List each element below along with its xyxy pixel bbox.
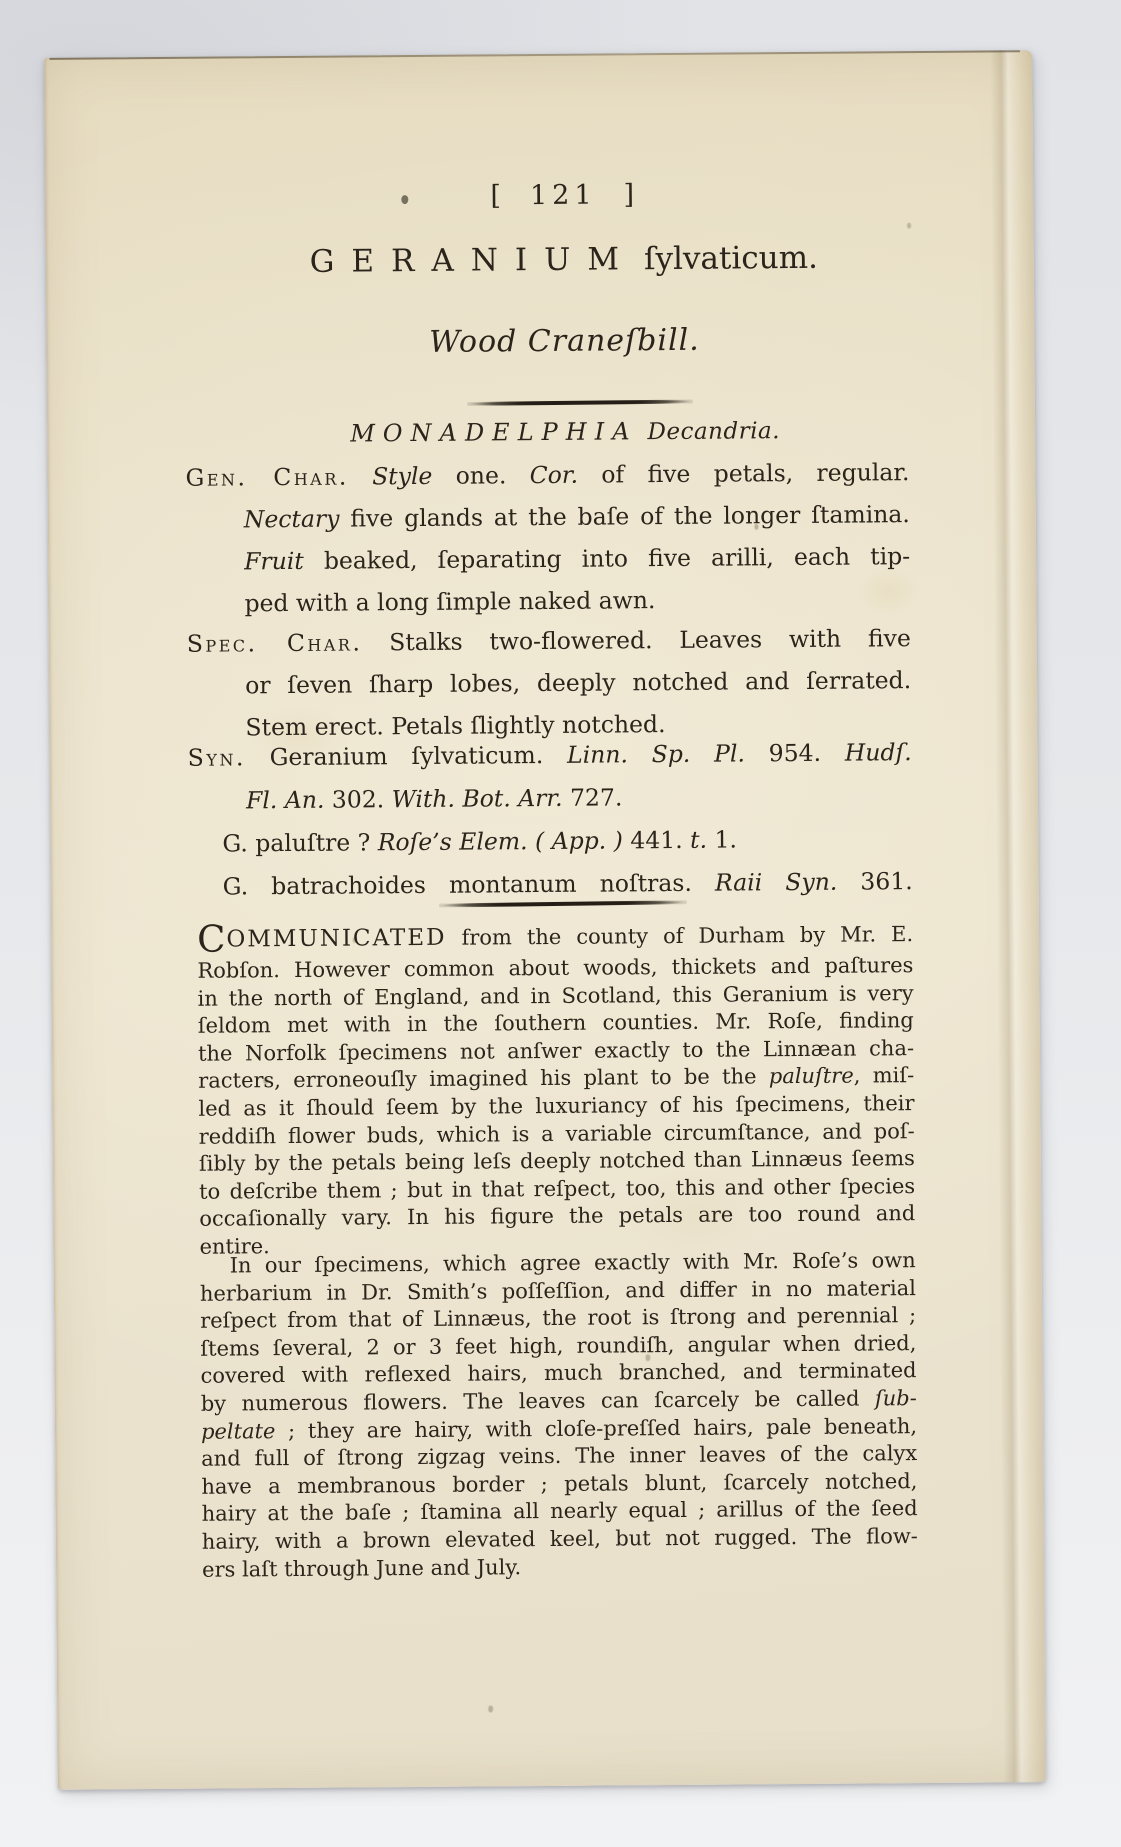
- text-segment: Cor.: [530, 461, 578, 489]
- taxonomy-line: MONADELPHIADecandria.: [185, 415, 945, 449]
- page-number-value: 121: [530, 180, 597, 212]
- text-line: Syn. Geranium ſylvaticum. Linn. Sp. Pl. …: [188, 731, 912, 780]
- bracket-open: [: [490, 180, 503, 211]
- text-segment: one.: [432, 461, 530, 490]
- text-segment: Nectary: [244, 505, 340, 534]
- text-segment: Spec. Char.: [187, 628, 363, 657]
- text-segment: to deſcribe them ; but in that reſpect, …: [199, 1174, 915, 1204]
- body-paragraph-1: COMMUNICATED from the county of Durham b…: [197, 915, 916, 1261]
- text-line: Gen. Char. Style one. Cor. of five petal…: [185, 451, 909, 499]
- text-line: occaſionally vary. In his figure the pet…: [199, 1200, 915, 1233]
- generic-character-section: Gen. Char. Style one. Cor. of five petal…: [185, 451, 910, 625]
- text-segment: 302.: [324, 785, 391, 814]
- taxonomy-class: MONADELPHIA: [350, 417, 637, 447]
- text-segment: Gen. Char.: [185, 463, 348, 492]
- text-segment: Raii Syn.: [715, 868, 838, 897]
- text-segment: C: [197, 918, 227, 961]
- text-segment: ſub-: [875, 1386, 917, 1410]
- text-line: Fl. An. 302. With. Bot. Arr. 727.: [188, 774, 912, 823]
- text-segment: peltate: [201, 1419, 276, 1444]
- text-segment: OMMUNICATED: [226, 925, 446, 953]
- text-segment: led as it ſhould ſeem by the luxuriancy …: [198, 1091, 914, 1121]
- text-segment: Linn. Sp. Pl.: [567, 739, 745, 768]
- text-line: Nectary five glands at the baſe of the l…: [186, 493, 910, 541]
- text-segment: covered with reflexed hairs, much branch…: [200, 1358, 916, 1388]
- species-epithet: ſylvaticum.: [644, 240, 818, 277]
- text-segment: occaſionally vary. In his figure the pet…: [199, 1201, 915, 1231]
- text-segment: [349, 462, 373, 490]
- genus-name: GERANIUM: [310, 241, 637, 280]
- text-segment: 727.: [562, 783, 622, 811]
- text-line: hairy, with a brown elevated keel, but n…: [202, 1523, 918, 1556]
- text-segment: 441.: [623, 826, 690, 855]
- text-segment: or ſeven ſharp lobes, deeply notched and…: [245, 666, 911, 699]
- text-segment: , miſ-: [854, 1063, 915, 1087]
- text-segment: Fl. An.: [246, 786, 325, 815]
- text-segment: ſibly by the petals being leſs deeply no…: [199, 1146, 915, 1176]
- text-segment: 1.: [707, 825, 737, 853]
- text-line: G. paluſtre ? Roſe’s Elem. ( App. ) 441.…: [188, 817, 912, 866]
- text-segment: five glands at the baſe of the longer ſt…: [339, 500, 910, 532]
- separator-rule-top: [467, 399, 693, 406]
- bracket-close: ]: [623, 179, 636, 210]
- text-segment: ſeldom met with in the ſouthern counties…: [198, 1008, 914, 1038]
- text-segment: Robſon. However common about woods, thic…: [197, 953, 913, 983]
- page-number: [121]: [183, 177, 943, 214]
- text-segment: reddiſh flower buds, which is a variable…: [199, 1119, 915, 1149]
- text-segment: hairy, with a brown elevated keel, but n…: [202, 1524, 918, 1554]
- text-segment: In our ſpecimens, which agree exactly wi…: [230, 1248, 916, 1277]
- text-segment: the Norfolk ſpecimens not anſwer exactly…: [198, 1036, 914, 1066]
- species-title: GERANIUMſylvaticum.: [184, 239, 944, 281]
- text-segment: t.: [690, 826, 707, 854]
- text-segment: Hudſ.: [845, 738, 912, 767]
- taxonomy-order: Decandria.: [647, 418, 780, 445]
- photo-backdrop: { "colors": { "ink": "#2b241b", "paper":…: [0, 0, 1121, 1847]
- text-segment: paluſtre: [769, 1064, 854, 1089]
- text-segment: ſtems ſeveral, 2 or 3 feet high, roundiſ…: [200, 1331, 916, 1361]
- specific-character-section: Spec. Char. Stalks two-flowered. Leaves …: [187, 617, 912, 749]
- text-segment: Roſe’s Elem. ( App. ): [378, 826, 623, 856]
- book-page: [121] GERANIUMſylvaticum. Wood Craneſbil…: [44, 50, 1046, 1790]
- text-line: or ſeven ſharp lobes, deeply notched and…: [187, 659, 911, 707]
- body-paragraph-2: In our ſpecimens, which agree exactly wi…: [200, 1247, 919, 1584]
- text-segment: in the north of England, and in Scotland…: [198, 981, 914, 1011]
- text-segment: from the county of Durham by Mr. E.: [446, 922, 913, 950]
- text-segment: Geranium ſylvaticum.: [246, 741, 567, 772]
- text-segment: ers laſt through June and July.: [202, 1555, 521, 1582]
- common-name: Wood Craneſbill.: [184, 321, 944, 362]
- text-segment: Stalks two-flowered. Leaves with five: [362, 624, 911, 656]
- text-segment: With. Bot. Arr.: [392, 784, 563, 813]
- text-line: Spec. Char. Stalks two-flowered. Leaves …: [187, 617, 911, 665]
- page-fold-edge: [990, 50, 1046, 1782]
- text-segment: herbarium in Dr. Smith’s poſſeſſion, and…: [200, 1276, 916, 1306]
- text-segment: and full of ſtrong zigzag veins. The inn…: [201, 1441, 917, 1471]
- text-segment: have a membranous border ; petals blunt,…: [201, 1469, 917, 1499]
- text-segment: hairy at the baſe ; ſtamina all nearly e…: [202, 1496, 918, 1526]
- text-segment: Style: [372, 462, 432, 490]
- text-line: ers laſt through June and July.: [202, 1551, 918, 1584]
- text-segment: Fruit: [244, 547, 304, 575]
- text-line: COMMUNICATED from the county of Durham b…: [197, 915, 913, 958]
- text-segment: Syn.: [188, 743, 246, 771]
- synonyms-section: Syn. Geranium ſylvaticum. Linn. Sp. Pl. …: [188, 731, 913, 909]
- text-segment: ; they are hairy, with cloſe-preſſed hai…: [275, 1414, 917, 1443]
- text-segment: of five petals, regular.: [578, 458, 910, 489]
- text-segment: racters, erroneouſly imagined his plant …: [198, 1065, 769, 1093]
- text-segment: beaked, ſeparating into five arilli, eac…: [304, 542, 911, 575]
- text-segment: by numerous flowers. The leaves can ſcar…: [201, 1386, 875, 1415]
- text-segment: 361.: [837, 867, 913, 896]
- text-segment: ped with a long ſimple naked awn.: [244, 586, 655, 617]
- text-segment: G. batrachoides montanum noſtras.: [223, 869, 715, 901]
- text-segment: reſpect from that of Linnæus, the root i…: [200, 1303, 916, 1333]
- text-line: Fruit beaked, ſeparating into five arill…: [186, 535, 910, 583]
- text-segment: G. paluſtre ?: [222, 828, 378, 857]
- text-segment: 954.: [745, 739, 845, 768]
